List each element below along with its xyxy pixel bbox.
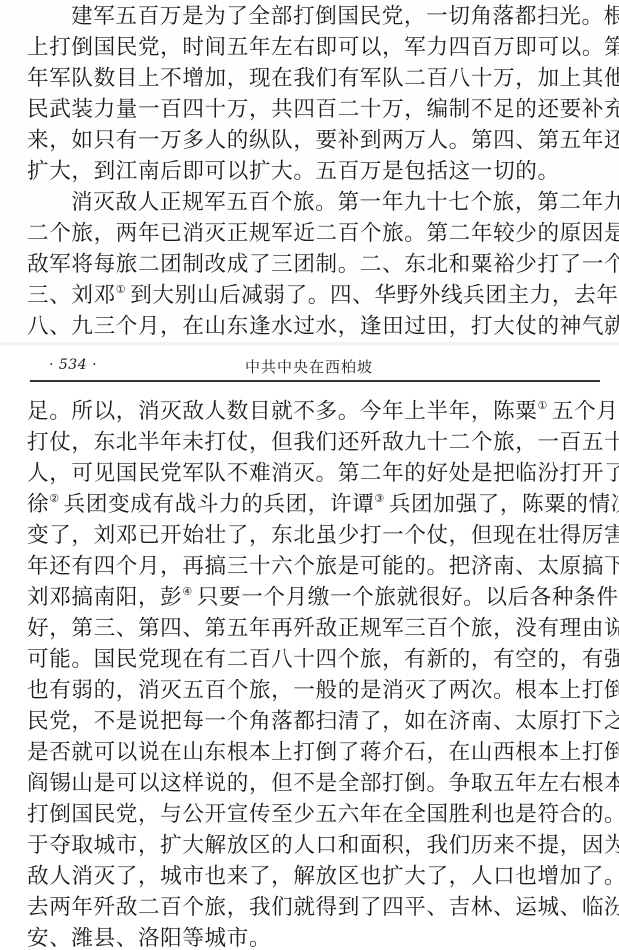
text-line: 民武装力量一百四十万，共四百二十万，编制不足的还要补充起	[27, 94, 593, 125]
footnote-marker: ③	[374, 492, 384, 505]
header-rule	[30, 380, 600, 382]
text-fragment: 到大别山后减弱了。四、华野外线兵团主力，去年七、	[130, 283, 619, 308]
text-line: 打倒国民党，与公开宣传至少五六年在全国胜利也是符合的。至	[27, 799, 593, 830]
text-line: 扩大，到江南后即可以扩大。五百万是包括这一切的。	[27, 156, 593, 187]
text-fragment: 只要一个月缴一个旅就很好。以后各种条件更	[197, 585, 619, 610]
text-fragment: 足。所以，消灭敌人数目就不多。今年上半年，陈粟	[27, 399, 537, 424]
text-line-with-footnote: 足。所以，消灭敌人数目就不多。今年上半年，陈粟①五个月未	[27, 396, 593, 427]
text-line: 敌人消灭了，城市也来了，解放区也扩大了，人口也增加了。过	[27, 861, 593, 892]
text-fragment: 兵团变成有战斗力的兵团，许谭	[64, 492, 375, 517]
page-number: · 534 ·	[49, 357, 97, 373]
text-line: 好，第三、第四、第五年再歼敌正规军三百个旅，没有理由说不	[27, 613, 593, 644]
text-line-with-footnote: 三、刘邓①到大别山后减弱了。四、华野外线兵团主力，去年七、	[27, 280, 593, 311]
text-line: 消灭敌人正规军五百个旅。第一年九十七个旅，第二年九十	[27, 187, 593, 218]
lower-text-block: 足。所以，消灭敌人数目就不多。今年上半年，陈粟①五个月未 打仗，东北半年未打仗，…	[27, 396, 593, 950]
footnote-marker: ①	[537, 399, 547, 412]
running-header: · 534 · 中共中央在西柏坡	[27, 350, 597, 378]
text-fragment: 三、刘邓	[27, 283, 116, 308]
text-line: 阎锡山是可以这样说的，但不是全部打倒。争取五年左右根本上	[27, 768, 593, 799]
footnote-marker: ②	[49, 492, 59, 505]
text-line: 去两年歼敌二百个旅，我们就得到了四平、吉林、运城、临汾、延	[27, 892, 593, 923]
text-line: 是否就可以说在山东根本上打倒了蒋介石，在山西根本上打倒了	[27, 737, 593, 768]
text-line: 变了，刘邓已开始壮了，东北虽少打一个仗，但现在壮得厉害。今	[27, 520, 593, 551]
text-fragment: 兵团加强了，陈粟的情况	[389, 492, 619, 517]
text-line: 也有弱的，消灭五百个旅，一般的是消灭了两次。根本上打倒国	[27, 675, 593, 706]
footnote-marker: ④	[182, 585, 192, 598]
text-line: 打仗，东北半年未打仗，但我们还歼敌九十二个旅，一百五十万	[27, 427, 593, 458]
text-fragment: 徐	[27, 492, 49, 517]
footnote-marker: ①	[116, 283, 126, 296]
text-line: 年军队数目上不增加，现在我们有军队二百八十万，加上其他人	[27, 63, 593, 94]
text-fragment: 刘邓搞南阳，彭	[27, 585, 182, 610]
text-line: 可能。国民党现在有二百八十四个旅，有新的，有空的，有强的，	[27, 644, 593, 675]
text-line: 安、潍县、洛阳等城市。	[27, 923, 593, 950]
upper-text-block: 建军五百万是为了全部打倒国民党，一切角落都扫光。根本 上打倒国民党，时间五年左右…	[27, 1, 593, 342]
text-line: 二个旅，两年已消灭正规军近二百个旅。第二年较少的原因是：一、	[27, 218, 593, 249]
text-fragment: 五个月未	[552, 399, 619, 424]
text-line: 年还有四个月，再搞三十六个旅是可能的。把济南、太原搞下来，	[27, 551, 593, 582]
book-title: 中共中央在西柏坡	[245, 356, 373, 377]
text-line: 于夺取城市，扩大解放区的人口和面积，我们历来不提，因为把	[27, 830, 593, 861]
text-line: 人，可见国民党军队不难消灭。第二年的好处是把临汾打开了，	[27, 458, 593, 489]
text-line: 民党，不是说把每一个角落都扫清了，如在济南、太原打下之前，	[27, 706, 593, 737]
text-line-with-footnote: 刘邓搞南阳，彭④只要一个月缴一个旅就很好。以后各种条件更	[27, 582, 593, 613]
text-line-with-footnote: 徐②兵团变成有战斗力的兵团，许谭③兵团加强了，陈粟的情况	[27, 489, 593, 520]
text-line: 上打倒国民党，时间五年左右即可以，军力四百万即可以。第三	[27, 32, 593, 63]
text-line: 敌军将每旅二团制改成了三团制。二、东北和粟裕少打了一个仗。	[27, 249, 593, 280]
text-line: 八、九三个月，在山东逢水过水，逢田过田，打大仗的神气就不	[27, 311, 593, 342]
text-line: 来，如只有一万多人的纵队，要补到两万人。第四、第五年还要	[27, 125, 593, 156]
text-line: 建军五百万是为了全部打倒国民党，一切角落都扫光。根本	[27, 1, 593, 32]
